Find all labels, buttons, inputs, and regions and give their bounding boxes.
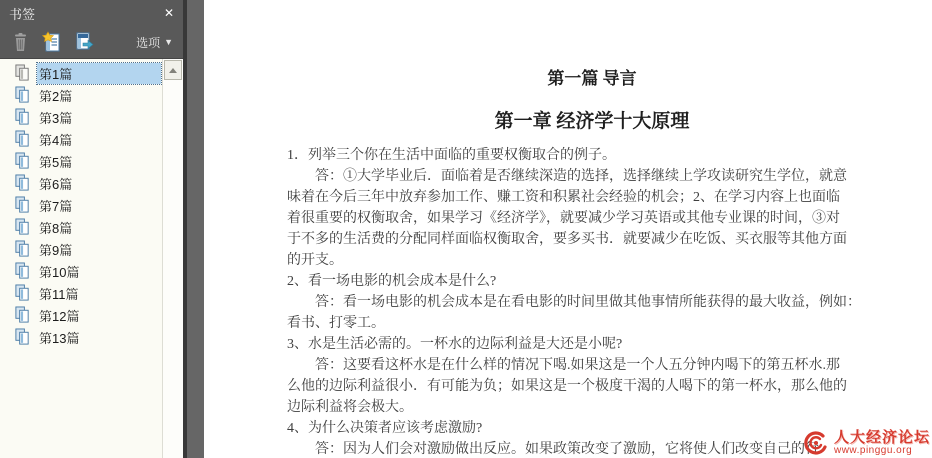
bookmark-page-icon	[14, 86, 31, 104]
bookmarks-panel: 书签 ✕	[0, 0, 183, 458]
bookmarks-list: 第1篇 第2篇 第3篇 第4篇 第5篇	[0, 59, 183, 348]
close-icon[interactable]: ✕	[164, 7, 174, 19]
body-line: 1．列举三个你在生活中面临的重要权衡取合的例子。	[287, 145, 853, 166]
bookmark-label: 第8篇	[37, 217, 76, 238]
document-body: 1．列举三个你在生活中面临的重要权衡取合的例子。 答：①大学毕业后．面临着是否继…	[287, 145, 853, 458]
bookmark-item-7[interactable]: 第7篇	[0, 194, 161, 216]
new-bookmark-icon	[41, 31, 63, 53]
bookmark-label: 第3篇	[37, 107, 76, 128]
body-line: 么他的边际利益很小．有可能为负；如果这是一个极度干渴的人喝下的第一杯水，那么他的	[287, 376, 853, 397]
document-chapter-title: 第一章 经济学十大原理	[309, 106, 875, 133]
bookmark-page-icon	[14, 196, 31, 214]
options-menu-button[interactable]: 选项 ▼	[136, 34, 175, 51]
body-line: 着很重要的权衡取舍，如果学习《经济学》，就要减少学习英语或其他专业课的时间，③对	[287, 208, 853, 229]
bookmarks-list-container: 第1篇 第2篇 第3篇 第4篇 第5篇	[0, 58, 183, 458]
bookmark-item-9[interactable]: 第9篇	[0, 238, 161, 260]
bookmark-page-icon	[14, 152, 31, 170]
bookmarks-scrollbar[interactable]	[162, 59, 183, 458]
body-line: 于不多的生活费的分配同样面临权衡取舍，要多买书．就要减少在吃饭、买衣服等其他方面	[287, 229, 853, 250]
bookmark-page-icon	[14, 306, 31, 324]
body-line: 4、为什么决策者应该考虑激励?	[287, 418, 853, 439]
body-line: 答：看一场电影的机会成本是在看电影的时间里做其他事情所能获得的最大收益，例如：	[287, 292, 853, 313]
pinggu-logo-icon	[801, 428, 831, 458]
bookmark-label: 第4篇	[37, 129, 76, 150]
bookmark-label: 第6篇	[37, 173, 76, 194]
bookmark-page-icon	[14, 284, 31, 302]
document-part-title: 第一篇 导言	[309, 64, 875, 89]
scroll-up-icon	[169, 68, 177, 73]
body-line: 答：这要看这杯水是在什么样的情况下喝.如果这是一个人五分钟内喝下的第五杯水.那	[287, 355, 853, 376]
bookmarks-panel-title: 书签	[9, 4, 164, 23]
bookmark-label: 第13篇	[37, 327, 83, 348]
bookmark-page-icon	[14, 262, 31, 280]
bookmark-label: 第12篇	[37, 305, 83, 326]
scroll-up-button[interactable]	[164, 60, 182, 80]
body-line: 看书、打零工。	[287, 313, 853, 334]
bookmark-item-3[interactable]: 第3篇	[0, 106, 161, 128]
body-line: 3、水是生活必需的。一杯水的边际利益是大还是小呢?	[287, 334, 853, 355]
document-page: 第一篇 导言 第一章 经济学十大原理 1．列举三个你在生活中面临的重要权衡取合的…	[204, 0, 932, 458]
bookmark-item-2[interactable]: 第2篇	[0, 84, 161, 106]
bookmark-label: 第10篇	[37, 261, 83, 282]
bookmark-page-icon	[14, 130, 31, 148]
bookmark-page-icon	[14, 174, 31, 192]
body-line: 答：①大学毕业后．面临着是否继续深造的选择，选择继续上学攻读研究生学位，就意	[287, 166, 853, 187]
panel-page-divider[interactable]	[183, 0, 204, 458]
pdf-reader-window: 书签 ✕	[0, 0, 932, 458]
trash-icon	[12, 33, 29, 52]
bookmark-label: 第2篇	[37, 85, 76, 106]
bookmark-item-13[interactable]: 第13篇	[0, 326, 161, 348]
watermark-text: 人大经济论坛 www.pinggu.org	[834, 430, 930, 456]
bookmark-item-1[interactable]: 第1篇	[0, 62, 161, 84]
bookmark-item-5[interactable]: 第5篇	[0, 150, 161, 172]
goto-bookmark-button[interactable]	[72, 30, 96, 54]
bookmark-item-10[interactable]: 第10篇	[0, 260, 161, 282]
chevron-down-icon: ▼	[164, 37, 173, 47]
bookmarks-toolbar: 选项 ▼	[0, 26, 183, 58]
bookmark-label: 第1篇	[37, 63, 161, 84]
watermark-site-name: 人大经济论坛	[834, 430, 930, 446]
document-content: 第一篇 导言 第一章 经济学十大原理 1．列举三个你在生活中面临的重要权衡取合的…	[204, 0, 853, 458]
bookmark-page-icon	[14, 108, 31, 126]
bookmark-page-icon	[14, 64, 31, 82]
bookmark-label: 第11篇	[37, 283, 83, 304]
bookmark-label: 第9篇	[37, 239, 76, 260]
goto-bookmark-icon	[73, 31, 95, 53]
bookmarks-panel-titlebar: 书签 ✕	[0, 0, 183, 26]
bookmark-item-8[interactable]: 第8篇	[0, 216, 161, 238]
bookmark-item-12[interactable]: 第12篇	[0, 304, 161, 326]
watermark: 人大经济论坛 www.pinggu.org	[801, 428, 930, 458]
watermark-site-url: www.pinggu.org	[834, 446, 930, 457]
delete-bookmark-button[interactable]	[8, 30, 32, 54]
bookmark-item-11[interactable]: 第11篇	[0, 282, 161, 304]
bookmark-page-icon	[14, 328, 31, 346]
bookmark-page-icon	[14, 240, 31, 258]
bookmark-page-icon	[14, 218, 31, 236]
options-label: 选项	[136, 34, 160, 51]
bookmark-item-6[interactable]: 第6篇	[0, 172, 161, 194]
bookmark-label: 第5篇	[37, 151, 76, 172]
body-line: 的开支。	[287, 250, 853, 271]
new-bookmark-button[interactable]	[40, 30, 64, 54]
bookmark-label: 第7篇	[37, 195, 76, 216]
body-line: 答：因为人们会对激励做出反应。如果政策改变了激励，它将使人们改变自己的行	[287, 439, 853, 458]
body-line: 边际利益将会极大。	[287, 397, 853, 418]
bookmark-item-4[interactable]: 第4篇	[0, 128, 161, 150]
body-line: 2、看一场电影的机会成本是什么?	[287, 271, 853, 292]
body-line: 味着在今后三年中放弃参加工作、赚工资和积累社会经验的机会；2、在学习内容上也面临	[287, 187, 853, 208]
